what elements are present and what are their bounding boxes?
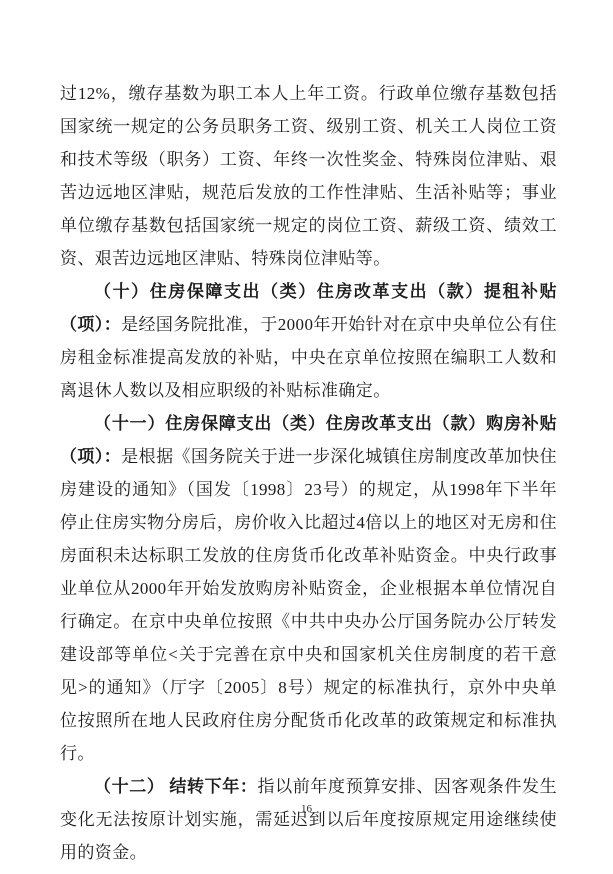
page-number: 16 — [0, 802, 613, 816]
paragraph-body: 过12%，缴存基数为职工本人上年工资。行政单位缴存基数包括国家统一规定的公务员职… — [60, 84, 557, 268]
clause-12-heading: （十二） 结转下年： — [94, 777, 258, 796]
document-page: 过12%，缴存基数为职工本人上年工资。行政单位缴存基数包括国家统一规定的公务员职… — [0, 0, 613, 874]
paragraph-clause-10: （十）住房保障支出（类）住房改革支出（款）提租补贴（项）：是经国务院批准，于20… — [60, 275, 557, 407]
clause-10-body: 是经国务院批准，于2000年开始针对在京中央单位公有住房租金标准提高发放的补贴，… — [60, 315, 557, 400]
paragraph-clause-11: （十一）住房保障支出（类）住房改革支出（款）购房补贴（项）：是根据《国务院关于进… — [60, 407, 557, 770]
page-body-text: 过12%，缴存基数为职工本人上年工资。行政单位缴存基数包括国家统一规定的公务员职… — [60, 77, 557, 869]
clause-11-body: 是根据《国务院关于进一步深化城镇住房制度改革加快住房建设的通知》（国发〔1998… — [60, 447, 557, 763]
paragraph-continuation: 过12%，缴存基数为职工本人上年工资。行政单位缴存基数包括国家统一规定的公务员职… — [60, 77, 557, 275]
paragraph-clause-12: （十二） 结转下年：指以前年度预算安排、因客观条件发生变化无法按原计划实施，需延… — [60, 770, 557, 869]
